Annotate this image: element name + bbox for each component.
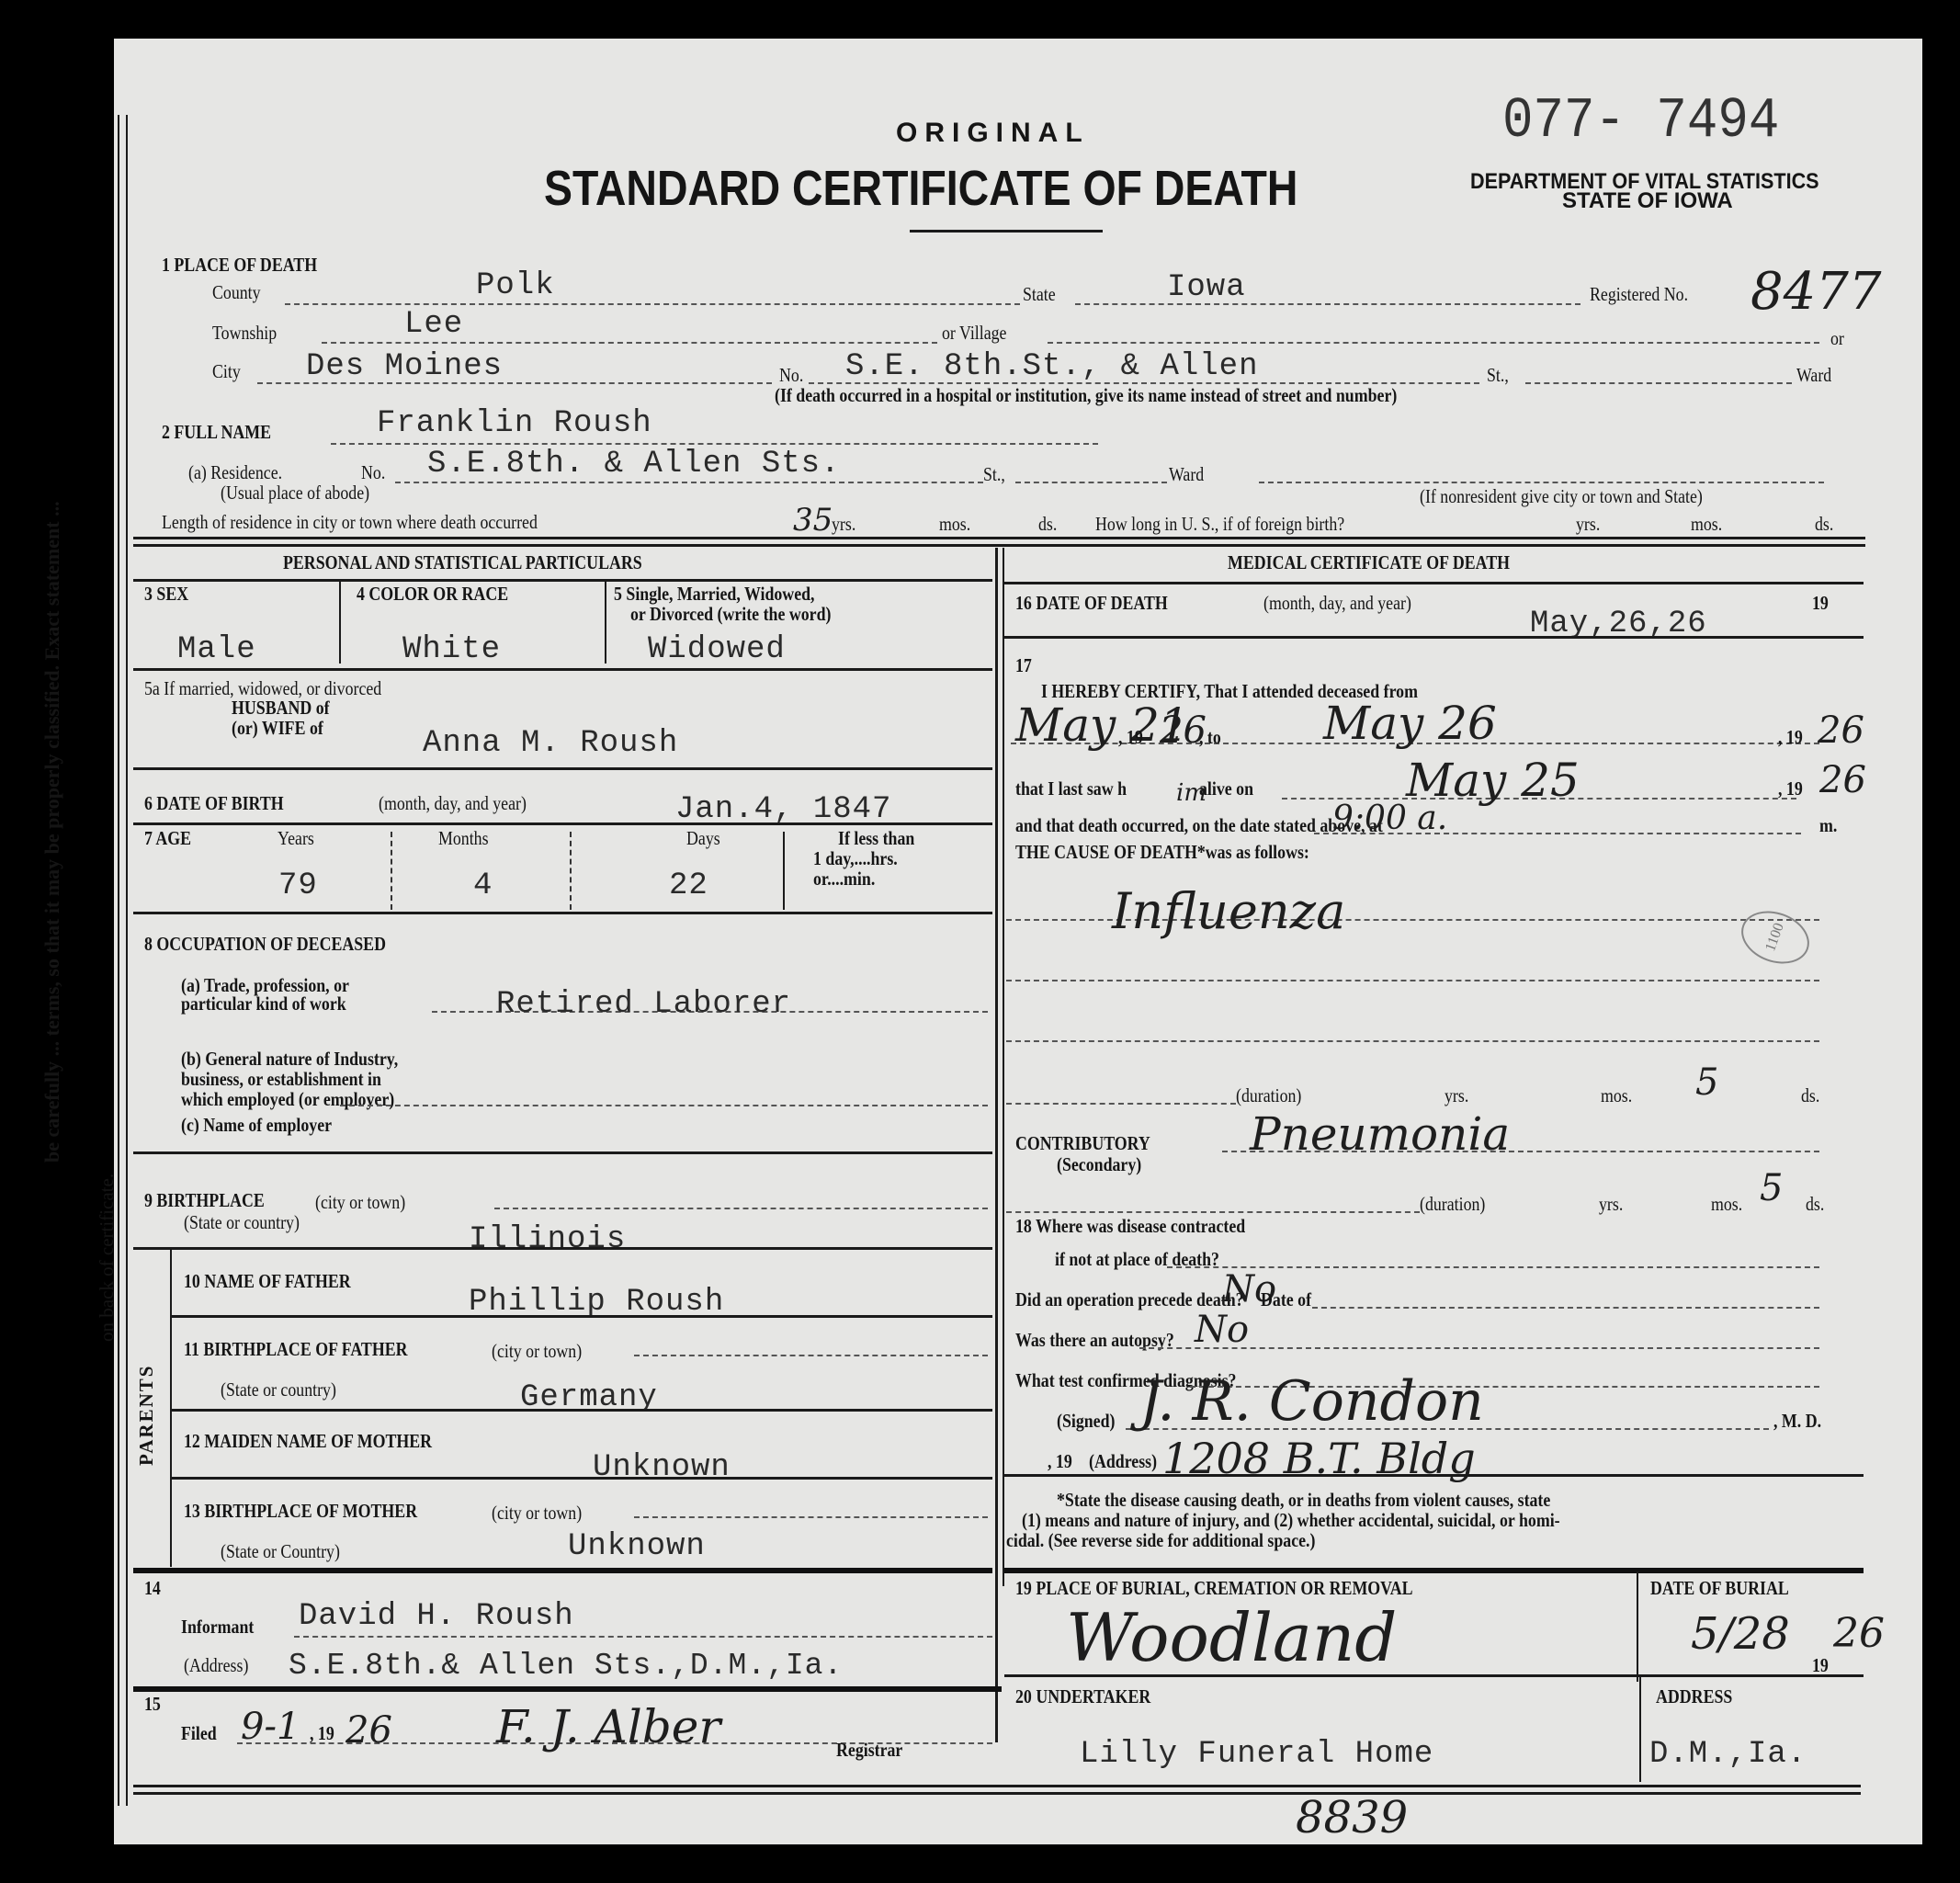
- registered-no-value: 8477: [1750, 262, 1882, 322]
- informant-address-value: S.E.8th.& Allen Sts.,D.M.,Ia.: [289, 1649, 843, 1683]
- left-border-line: [118, 115, 119, 1806]
- physician-signature: J. R. Condon: [1139, 1369, 1484, 1434]
- street-value: S.E. 8th.St., & Allen: [845, 349, 1258, 384]
- date-of-label: Date of: [1261, 1288, 1311, 1311]
- cause-line-3: [1006, 1040, 1819, 1042]
- mother-birthplace-line: [634, 1516, 988, 1518]
- informant-address-label: (Address): [184, 1654, 248, 1677]
- sex-label: 3 SEX: [144, 583, 188, 606]
- burial-divider: [1637, 1571, 1638, 1682]
- county-line: [285, 303, 1020, 305]
- residence-value: S.E.8th. & Allen Sts.: [427, 447, 840, 482]
- length-years-value: 35: [793, 502, 833, 539]
- informant-value: David H. Roush: [299, 1599, 574, 1634]
- contributory-mos: mos.: [1711, 1193, 1742, 1216]
- city-value: Des Moines: [306, 349, 503, 384]
- md-label: , M. D.: [1773, 1410, 1821, 1433]
- cause-value: Influenza: [1112, 882, 1345, 940]
- duration-yrs: yrs.: [1445, 1084, 1468, 1107]
- filed-year-value: 26: [346, 1709, 392, 1752]
- age-days-value: 22: [669, 868, 708, 903]
- title-underline: [910, 230, 1103, 233]
- state-label: State: [1023, 283, 1056, 306]
- township-line: [322, 342, 937, 344]
- m-label: m.: [1819, 814, 1837, 837]
- ds-label: ds.: [1038, 513, 1057, 536]
- industry-label-3: which employed (or employer): [181, 1088, 394, 1111]
- cause-label: THE CAUSE OF DEATH*was as follows:: [1015, 841, 1309, 864]
- signed-label: (Signed): [1057, 1410, 1115, 1433]
- township-label: Township: [212, 322, 277, 345]
- father-state-label: (State or country): [221, 1378, 336, 1401]
- attended-to-value: May 26: [1323, 697, 1497, 750]
- separator: [172, 1315, 992, 1318]
- separator: [133, 537, 1865, 539]
- sex-race-divider: [339, 581, 341, 664]
- age-label: 7 AGE: [144, 827, 191, 850]
- hospital-note: (If death occurred in a hospital or inst…: [775, 384, 1397, 407]
- contributory-value: Pneumonia: [1250, 1107, 1510, 1161]
- abode-note: (Usual place of abode): [221, 482, 369, 505]
- foreign-birth-label: How long in U. S., if of foreign birth?: [1095, 513, 1344, 536]
- informant-label: Informant: [181, 1616, 254, 1639]
- column-divider-2: [1003, 548, 1004, 1586]
- separator: [1004, 636, 1864, 639]
- mother-value: Unknown: [593, 1450, 731, 1485]
- years-label: Years: [278, 827, 314, 850]
- to-label: , to: [1199, 726, 1221, 749]
- bottom-border-2: [133, 1792, 1861, 1795]
- parents-label: PARENTS: [135, 1365, 158, 1466]
- nonresident-line: [1259, 482, 1824, 483]
- contributory-duration-label: (duration): [1420, 1193, 1485, 1216]
- age-divider: [570, 832, 572, 910]
- foreign-mos-label: mos.: [1691, 513, 1722, 536]
- residence-ward-line: [1015, 482, 1167, 483]
- filed-year-prefix: , 19: [310, 1722, 334, 1745]
- birthplace-value: Illinois: [469, 1222, 626, 1257]
- or-label: or: [1830, 327, 1844, 350]
- side-note-line2: on back of certificate.: [96, 1174, 119, 1342]
- burial-date-label: DATE OF BURIAL: [1650, 1577, 1789, 1600]
- less-than-3: or....min.: [813, 868, 875, 890]
- contributory-ds: ds.: [1806, 1193, 1824, 1216]
- certificate-title: STANDARD CERTIFICATE OF DEATH: [544, 160, 1297, 217]
- trade-label-2: particular kind of work: [181, 993, 346, 1015]
- father-label: 10 NAME OF FATHER: [184, 1270, 351, 1293]
- state-line: [1075, 303, 1580, 305]
- secondary-label: (Secondary): [1057, 1153, 1141, 1176]
- foreign-ds-label: ds.: [1815, 513, 1833, 536]
- dod-hint: (month, day, and year): [1263, 592, 1411, 615]
- item-17: 17: [1015, 654, 1032, 677]
- days-label: Days: [686, 827, 720, 850]
- length-of-residence-label: Length of residence in city or town wher…: [162, 511, 538, 534]
- separator: [133, 1247, 992, 1250]
- item18-label-1: 18 Where was disease contracted: [1015, 1215, 1245, 1238]
- father-birthplace-hint: (city or town): [492, 1340, 582, 1363]
- undertaker-address-label: ADDRESS: [1656, 1685, 1732, 1708]
- filed-label: Filed: [181, 1722, 217, 1745]
- separator: [133, 668, 992, 671]
- st-label: St.,: [1487, 364, 1509, 387]
- state-value: Iowa: [1167, 270, 1246, 305]
- separator: [133, 912, 992, 914]
- footer-handwritten-number: 8839: [1296, 1792, 1408, 1843]
- father-birthplace-label: 11 BIRTHPLACE OF FATHER: [184, 1338, 408, 1361]
- birthplace-line: [494, 1208, 988, 1209]
- employer-label: (c) Name of employer: [181, 1114, 332, 1137]
- township-value: Lee: [404, 307, 463, 342]
- separator: [133, 579, 992, 582]
- duration-mos: mos.: [1601, 1084, 1632, 1107]
- place-of-death-label: 1 PLACE OF DEATH: [162, 254, 317, 277]
- occupation-label: 8 OCCUPATION OF DECEASED: [144, 933, 386, 956]
- to-year-prefix: , 19: [1778, 726, 1803, 749]
- separator: [133, 822, 992, 825]
- medical-section-title: MEDICAL CERTIFICATE OF DEATH: [1228, 551, 1510, 574]
- mother-birthplace-value: Unknown: [568, 1529, 706, 1564]
- time-value: 9:00 a.: [1332, 800, 1447, 837]
- spouse-value: Anna M. Roush: [423, 726, 678, 761]
- separator: [172, 1409, 992, 1412]
- race-value: White: [402, 632, 501, 667]
- marital-value: Widowed: [648, 632, 786, 667]
- spouse-label-3: (or) WIFE of: [232, 717, 323, 740]
- age-years-value: 79: [278, 868, 318, 903]
- residence-ward-label: Ward: [1169, 463, 1204, 486]
- trade-value: Retired Laborer: [496, 987, 791, 1022]
- contributory-label: CONTRIBUTORY: [1015, 1132, 1150, 1155]
- last-saw-suffix: alive on: [1199, 777, 1253, 800]
- last-saw-year-value: 26: [1819, 759, 1866, 801]
- village-line: [1048, 342, 1819, 344]
- undertaker-value: Lilly Funeral Home: [1080, 1737, 1433, 1772]
- separator: [133, 544, 1865, 547]
- separator-thick: [1004, 1568, 1864, 1573]
- race-marital-divider: [605, 581, 606, 664]
- county-value: Polk: [476, 268, 555, 303]
- residence-line: [395, 482, 983, 483]
- last-saw-label: that I last saw h: [1015, 777, 1127, 800]
- dob-hint: (month, day, and year): [379, 792, 527, 815]
- father-birthplace-line: [634, 1355, 988, 1356]
- autopsy-value: No: [1195, 1309, 1249, 1351]
- yrs-label: yrs.: [832, 513, 855, 536]
- cause-duration-value: 5: [1695, 1061, 1718, 1104]
- county-label: County: [212, 281, 261, 304]
- undertaker-label: 20 UNDERTAKER: [1015, 1685, 1150, 1708]
- to-year-value: 26: [1818, 709, 1864, 752]
- marital-label-2: or Divorced (write the word): [630, 603, 831, 626]
- mother-label: 12 MAIDEN NAME OF MOTHER: [184, 1430, 432, 1453]
- item-14: 14: [144, 1577, 161, 1600]
- filed-date-value: 9-1: [241, 1706, 300, 1748]
- residence-st-label: St.,: [983, 463, 1005, 486]
- burial-place-value: Woodland: [1066, 1599, 1397, 1676]
- age-divider: [783, 832, 785, 910]
- separator: [1004, 1474, 1864, 1477]
- full-name-label: 2 FULL NAME: [162, 421, 271, 444]
- dod-label: 16 DATE OF DEATH: [1015, 592, 1168, 615]
- age-months-value: 4: [473, 868, 493, 903]
- ward-line: [1525, 382, 1792, 384]
- undertaker-divider: [1639, 1676, 1641, 1782]
- separator: [1004, 582, 1864, 584]
- separator: [133, 767, 992, 770]
- duration-line: [1006, 1103, 1236, 1105]
- village-label: or Village: [942, 322, 1006, 345]
- operation-date-line: [1312, 1307, 1819, 1309]
- from-year-prefix: , 19: [1118, 726, 1143, 749]
- race-label: 4 COLOR OR RACE: [357, 583, 508, 606]
- burial-place-label: 19 PLACE OF BURIAL, CREMATION OR REMOVAL: [1015, 1577, 1413, 1600]
- full-name-value: Franklin Roush: [377, 406, 652, 441]
- undertaker-address-value: D.M.,Ia.: [1649, 1737, 1807, 1772]
- column-divider: [995, 548, 998, 1742]
- birthplace-hint: (city or town): [315, 1191, 405, 1214]
- contributory-duration-value: 5: [1760, 1167, 1783, 1209]
- last-saw-year-prefix: , 19: [1778, 777, 1803, 800]
- dod-19: 19: [1812, 592, 1829, 615]
- separator: [172, 1477, 992, 1480]
- mother-birthplace-hint: (city or town): [492, 1502, 582, 1525]
- separator: [1004, 1674, 1864, 1677]
- sex-value: Male: [177, 632, 256, 667]
- informant-line: [294, 1636, 992, 1638]
- burial-date-value: 5/28: [1691, 1608, 1790, 1660]
- birthplace-state-label: (State or country): [184, 1211, 300, 1234]
- dob-label: 6 DATE OF BIRTH: [144, 792, 284, 815]
- contributory-duration-line: [1006, 1211, 1420, 1213]
- age-divider: [391, 832, 392, 910]
- registrar-label: Registrar: [836, 1739, 902, 1762]
- birthplace-label: 9 BIRTHPLACE: [144, 1189, 265, 1212]
- city-label: City: [212, 360, 241, 383]
- footnote-line3: cidal. (See reverse side for additional …: [1006, 1529, 1315, 1552]
- separator-thick: [133, 1686, 1002, 1692]
- bottom-border: [133, 1785, 1861, 1787]
- duration-label: (duration): [1236, 1084, 1301, 1107]
- foreign-yrs-label: yrs.: [1576, 513, 1600, 536]
- mother-state-label: (State or Country): [221, 1540, 340, 1563]
- side-note-line1: be carefully ... terms, so that it may b…: [40, 501, 64, 1163]
- personal-section-title: PERSONAL AND STATISTICAL PARTICULARS: [283, 551, 642, 574]
- nonresident-note: (If nonresident give city or town and St…: [1420, 485, 1703, 508]
- left-border-line-2: [126, 115, 128, 1806]
- contributory-yrs: yrs.: [1599, 1193, 1623, 1216]
- ward-label: Ward: [1796, 364, 1831, 387]
- cause-line-2: [1006, 980, 1819, 981]
- burial-year-value: 26: [1833, 1610, 1885, 1657]
- department-line2: STATE OF IOWA: [1562, 188, 1733, 214]
- sig-19-label: , 19: [1048, 1450, 1072, 1473]
- separator: [133, 1151, 992, 1154]
- mos-label: mos.: [939, 513, 970, 536]
- original-label: ORIGINAL: [896, 118, 1090, 149]
- registered-no-label: Registered No.: [1590, 283, 1688, 306]
- file-number: 077- 7494: [1502, 88, 1779, 153]
- registrar-signature: F. J. Alber: [496, 1700, 720, 1753]
- full-name-line: [331, 443, 1098, 445]
- industry-line: [340, 1105, 988, 1106]
- duration-ds: ds.: [1801, 1084, 1819, 1107]
- item-15: 15: [144, 1693, 161, 1716]
- mother-birthplace-label: 13 BIRTHPLACE OF MOTHER: [184, 1500, 417, 1523]
- months-label: Months: [438, 827, 489, 850]
- separator-thick: [133, 1568, 992, 1573]
- physician-address-label: (Address): [1089, 1450, 1157, 1473]
